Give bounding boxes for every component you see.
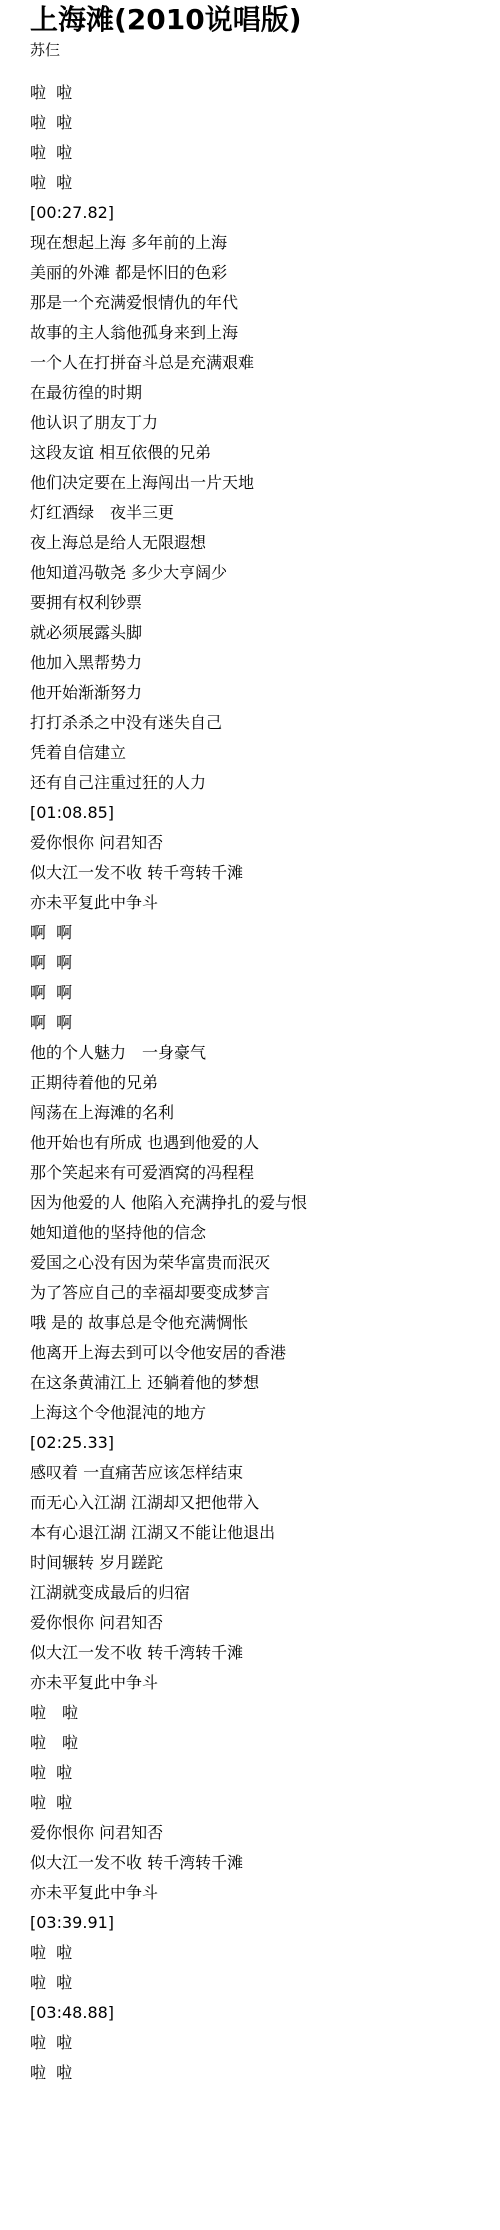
lyric-line: 她知道他的坚持他的信念 [30,1218,480,1248]
lyric-line: 亦未平复此中争斗 [30,888,480,918]
lyric-line: 似大江一发不收 转千弯转千滩 [30,858,480,888]
lyric-line: 凭着自信建立 [30,738,480,768]
lyric-line: 他知道冯敬尧 多少大亨阔少 [30,558,480,588]
lyric-line: 上海这个令他混沌的地方 [30,1398,480,1428]
lyric-line: 啦 啦 [30,1728,480,1758]
lyric-line: 故事的主人翁他孤身来到上海 [30,318,480,348]
lyric-line: 闯荡在上海滩的名利 [30,1098,480,1128]
lyric-line: 他的个人魅力 一身豪气 [30,1038,480,1068]
page-title: 上海滩(2010说唱版) [30,3,480,37]
timestamp-line: [02:25.33] [30,1428,480,1458]
lyric-line: 爱你恨你 问君知否 [30,1608,480,1638]
lyric-line: 啦 啦 [30,1938,480,1968]
timestamp-line: [03:48.88] [30,1998,480,2028]
lyric-line: 啊 啊 [30,918,480,948]
lyric-line: 啦 啦 [30,78,480,108]
lyrics-page: 上海滩(2010说唱版) 苏仨 啦 啦啦 啦啦 啦啦 啦[00:27.82]现在… [0,0,500,2088]
lyric-line: 夜上海总是给人无限遐想 [30,528,480,558]
lyric-line: 他们决定要在上海闯出一片天地 [30,468,480,498]
lyric-line: 这段友谊 相互依偎的兄弟 [30,438,480,468]
lyric-line: 因为他爱的人 他陷入充满挣扎的爱与恨 [30,1188,480,1218]
lyrics-body: 啦 啦啦 啦啦 啦啦 啦[00:27.82]现在想起上海 多年前的上海美丽的外滩… [30,78,480,2088]
lyric-line: 在最彷徨的时期 [30,378,480,408]
lyric-line: 啦 啦 [30,1968,480,1998]
lyric-line: 啦 啦 [30,1698,480,1728]
lyric-line: 亦未平复此中争斗 [30,1878,480,1908]
lyric-line: 要拥有权利钞票 [30,588,480,618]
lyric-line: 正期待着他的兄弟 [30,1068,480,1098]
timestamp-line: [01:08.85] [30,798,480,828]
lyric-line: 啦 啦 [30,168,480,198]
lyric-line: 在这条黄浦江上 还躺着他的梦想 [30,1368,480,1398]
lyric-line: 爱你恨你 问君知否 [30,1818,480,1848]
lyric-line: 一个人在打拼奋斗总是充满艰难 [30,348,480,378]
lyric-line: 啦 啦 [30,1788,480,1818]
artist-name: 苏仨 [30,40,480,60]
lyric-line: 他认识了朋友丁力 [30,408,480,438]
lyric-line: 他加入黑帮势力 [30,648,480,678]
lyric-line: 就必须展露头脚 [30,618,480,648]
lyric-line: 他离开上海去到可以令他安居的香港 [30,1338,480,1368]
lyric-line: 爱国之心没有因为荣华富贵而泯灭 [30,1248,480,1278]
lyric-line: 啦 啦 [30,108,480,138]
lyric-line: 似大江一发不收 转千湾转千滩 [30,1848,480,1878]
lyric-line: 美丽的外滩 都是怀旧的色彩 [30,258,480,288]
lyric-line: 时间辗转 岁月蹉跎 [30,1548,480,1578]
lyric-line: 啦 啦 [30,2028,480,2058]
lyric-line: 他开始渐渐努力 [30,678,480,708]
lyric-line: 灯红酒绿 夜半三更 [30,498,480,528]
lyric-line: 现在想起上海 多年前的上海 [30,228,480,258]
timestamp-line: [03:39.91] [30,1908,480,1938]
lyric-line: 还有自己注重过狂的人力 [30,768,480,798]
lyric-line: 感叹着 一直痛苦应该怎样结束 [30,1458,480,1488]
lyric-line: 爱你恨你 问君知否 [30,828,480,858]
lyric-line: 哦 是的 故事总是令他充满惆怅 [30,1308,480,1338]
lyric-line: 那个笑起来有可爱酒窝的冯程程 [30,1158,480,1188]
lyric-line: 啦 啦 [30,1758,480,1788]
lyric-line: 啦 啦 [30,138,480,168]
lyric-line: 本有心退江湖 江湖又不能让他退出 [30,1518,480,1548]
lyric-line: 打打杀杀之中没有迷失自己 [30,708,480,738]
lyric-line: 似大江一发不收 转千湾转千滩 [30,1638,480,1668]
lyric-line: 啦 啦 [30,2058,480,2088]
lyric-line: 那是一个充满爱恨情仇的年代 [30,288,480,318]
lyric-line: 江湖就变成最后的归宿 [30,1578,480,1608]
lyric-line: 啊 啊 [30,1008,480,1038]
lyric-line: 为了答应自己的幸福却要变成梦言 [30,1278,480,1308]
lyric-line: 他开始也有所成 也遇到他爱的人 [30,1128,480,1158]
lyric-line: 而无心入江湖 江湖却又把他带入 [30,1488,480,1518]
timestamp-line: [00:27.82] [30,198,480,228]
lyric-line: 啊 啊 [30,978,480,1008]
lyric-line: 啊 啊 [30,948,480,978]
lyric-line: 亦未平复此中争斗 [30,1668,480,1698]
